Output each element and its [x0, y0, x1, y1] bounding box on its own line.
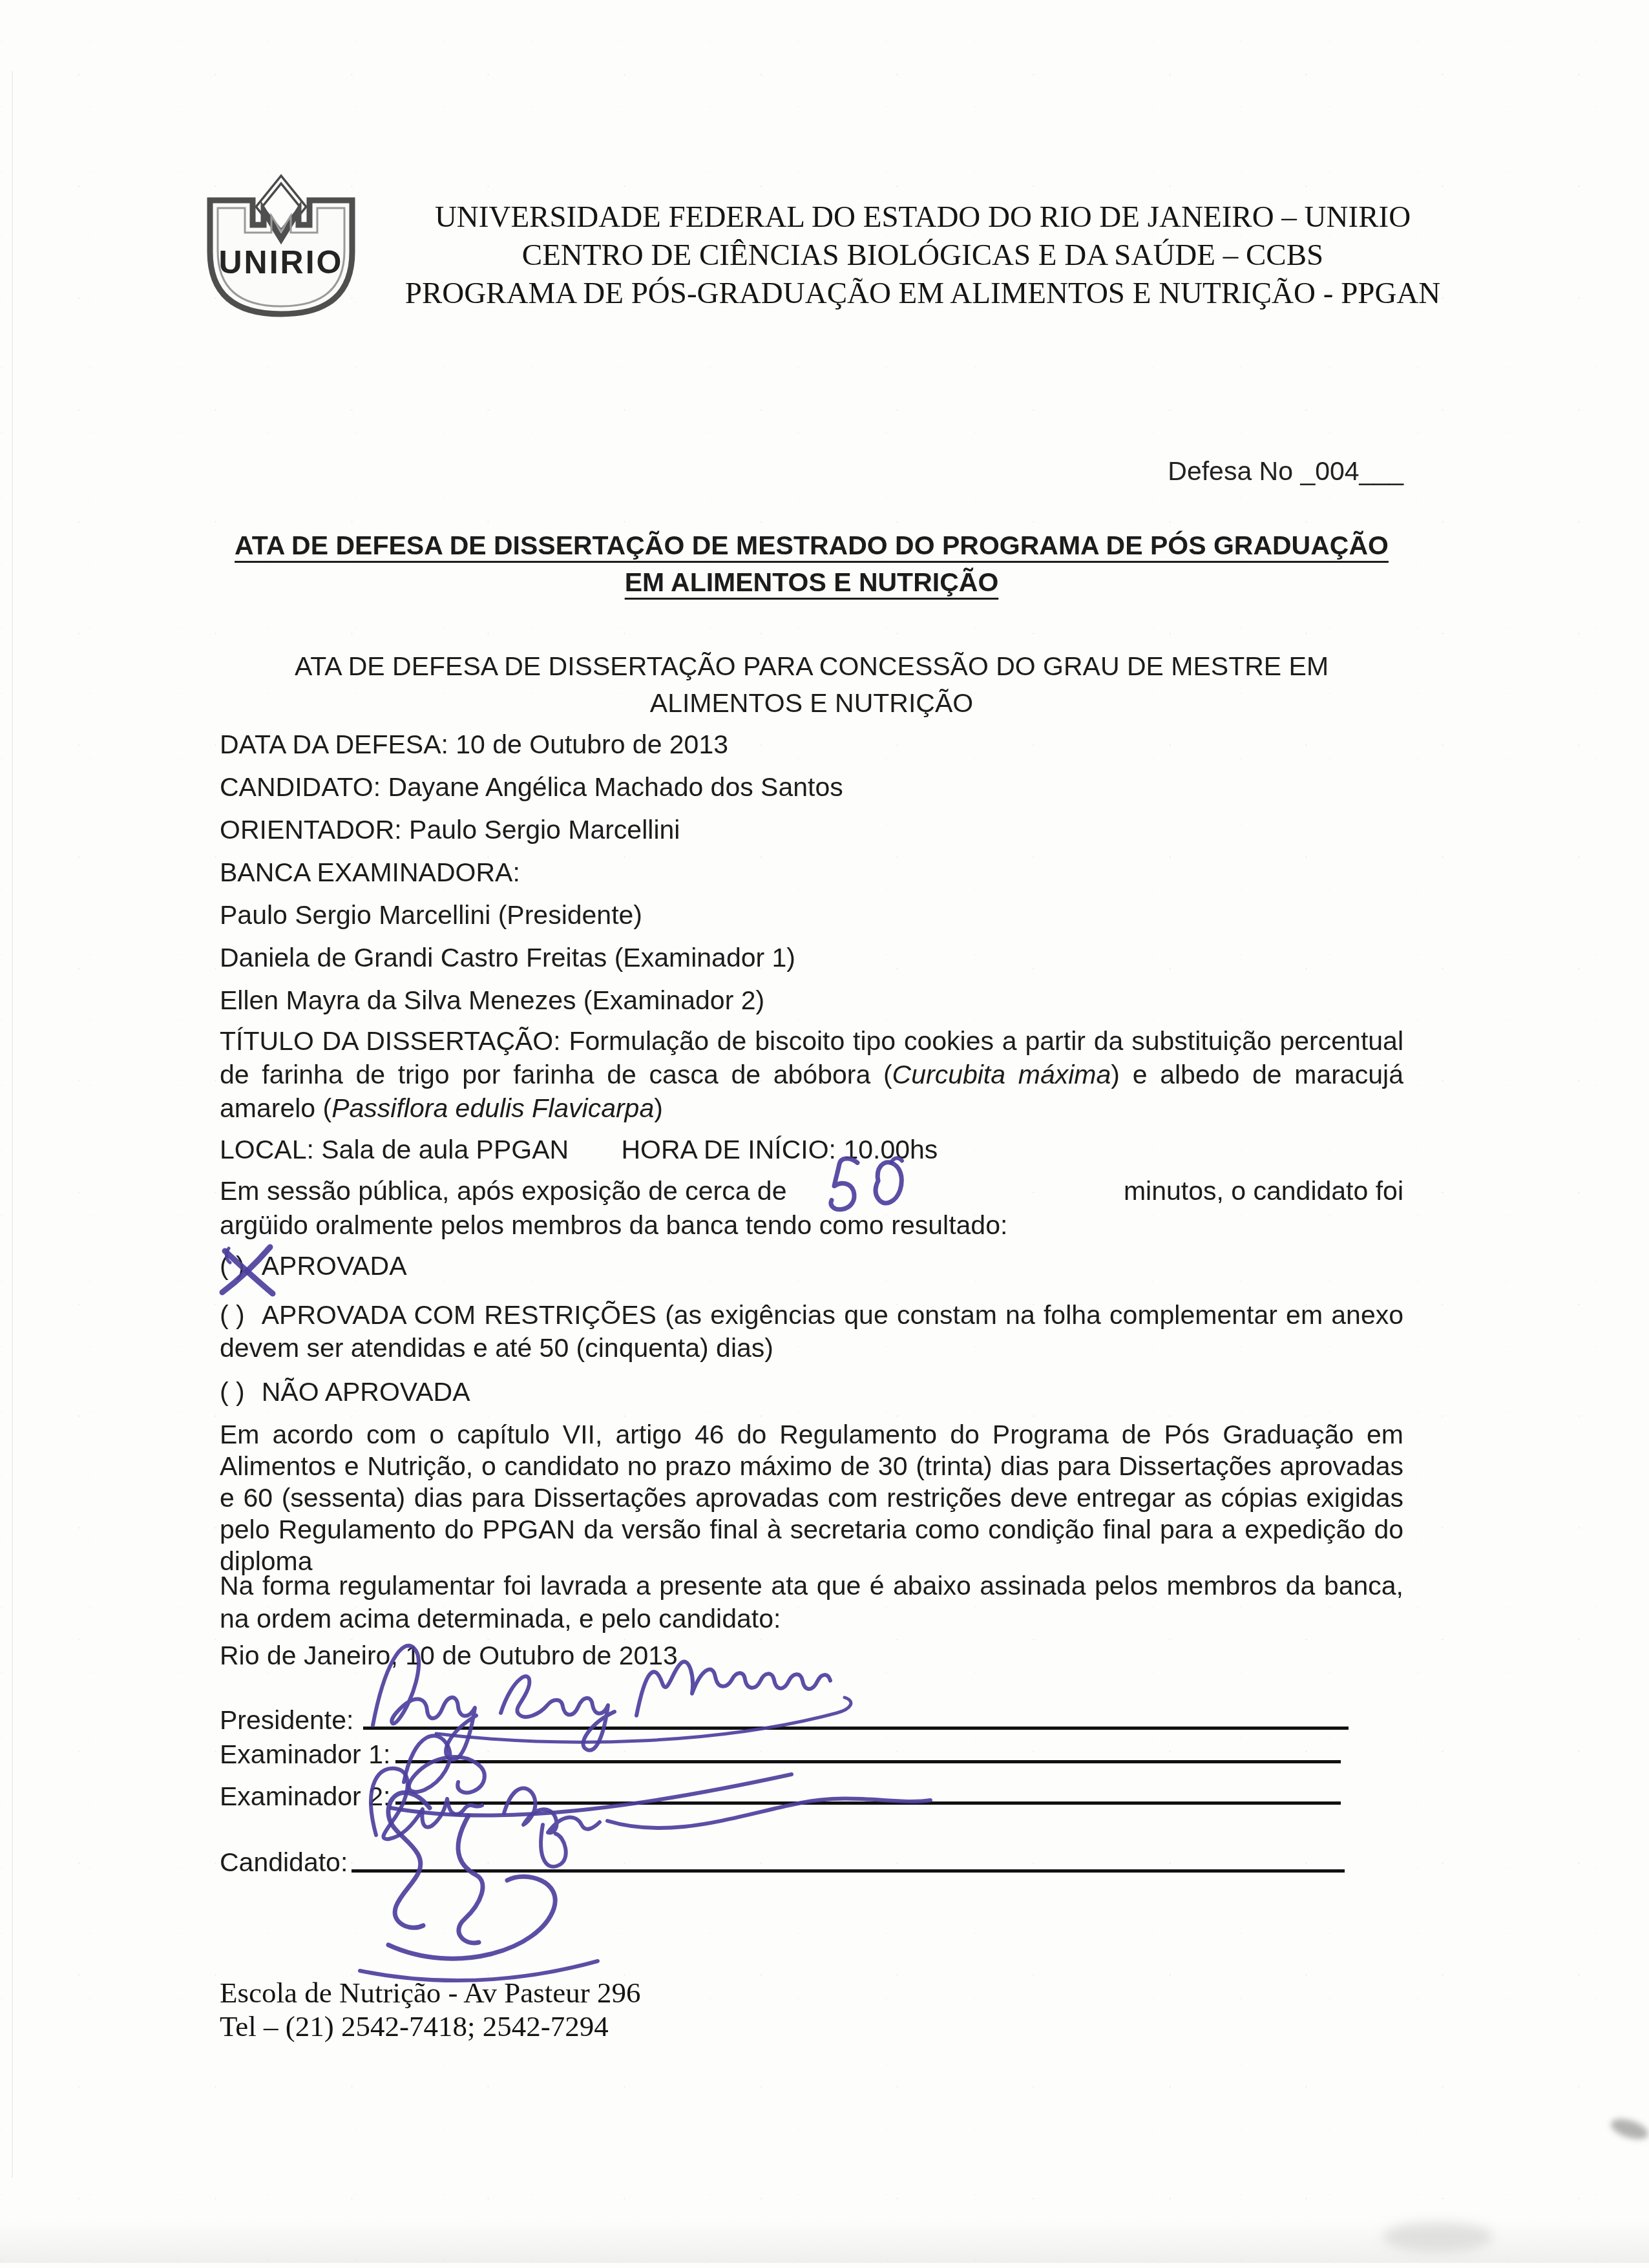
field-orientador: ORIENTADOR: Paulo Sergio Marcellini — [220, 808, 1434, 851]
dissertation-species-2: Passiflora edulis Flavicarpa — [331, 1093, 654, 1123]
session-paragraph: Em sessão pública, após exposição de cer… — [220, 1174, 1403, 1243]
handwritten-x-mark — [216, 1241, 280, 1307]
field-candidato: CANDIDATO: Dayane Angélica Machado dos S… — [220, 766, 1434, 808]
footer-address: Escola de Nutrição - Av Pasteur 296 Tel … — [220, 1976, 641, 2043]
letterhead-text: UNIVERSIDADE FEDERAL DO ESTADO DO RIO DE… — [388, 198, 1457, 313]
footer-line-2: Tel – (21) 2542-7418; 2542-7294 — [220, 2010, 641, 2043]
result-option-aprovada: ( ) APROVADA — [220, 1250, 1403, 1283]
result-checkbox-restricoes: ( ) — [220, 1299, 245, 1332]
scan-edge-line — [12, 71, 13, 2178]
defense-fields: DATA DA DEFESA: 10 de Outubro de 2013 CA… — [220, 723, 1434, 1022]
signature-label-presidente: Presidente: — [220, 1705, 353, 1736]
document-title-line-1: ATA DE DEFESA DE DISSERTAÇÃO DE MESTRADO… — [220, 527, 1403, 564]
scan-smudge — [1383, 2221, 1493, 2251]
scan-smudge — [1608, 2115, 1649, 2143]
checkbox-parentheses: ( ) — [220, 1377, 245, 1407]
banca-member-examinador-1: Daniela de Grandi Castro Freitas (Examin… — [220, 936, 1434, 979]
location-value: LOCAL: Sala de aula PPGAN — [220, 1133, 614, 1167]
checkbox-parentheses: ( ) — [220, 1300, 245, 1330]
letterhead-line-3: PROGRAMA DE PÓS-GRADUAÇÃO EM ALIMENTOS E… — [388, 275, 1457, 313]
result-checkbox-nao-aprovada: ( ) — [220, 1376, 245, 1409]
dissertation-title-paragraph: TÍTULO DA DISSERTAÇÃO: Formulação de bis… — [220, 1024, 1403, 1125]
letterhead: UNIRIO UNIVERSIDADE FEDERAL DO ESTADO DO… — [191, 173, 1457, 338]
letterhead-line-1: UNIVERSIDADE FEDERAL DO ESTADO DO RIO DE… — [388, 198, 1457, 236]
result-label-restricoes: APROVADA COM RESTRIÇÕES (as exigências q… — [220, 1300, 1403, 1363]
session-text-left: Em sessão pública, após exposição de cer… — [220, 1174, 786, 1208]
document-subtitle: ATA DE DEFESA DE DISSERTAÇÃO PARA CONCES… — [220, 648, 1403, 722]
handwritten-minutes — [824, 1152, 908, 1225]
scanned-document-page: UNIRIO UNIVERSIDADE FEDERAL DO ESTADO DO… — [0, 0, 1649, 2268]
dissertation-species-1: Curcubita máxima — [892, 1060, 1111, 1089]
dissertation-title-label: TÍTULO DA DISSERTAÇÃO: — [220, 1026, 561, 1056]
result-checkbox-aprovada: ( ) — [220, 1250, 245, 1283]
letterhead-line-2: CENTRO DE CIÊNCIAS BIOLÓGICAS E DA SAÚDE… — [388, 236, 1457, 275]
location-time-line: LOCAL: Sala de aula PPGAN HORA DE INÍCIO… — [220, 1133, 1403, 1167]
session-text-right: minutos, o candidato foi — [1124, 1174, 1403, 1208]
regulation-paragraph: Em acordo com o capítulo VII, artigo 46 … — [220, 1419, 1403, 1577]
unirio-logo: UNIRIO — [191, 173, 372, 338]
session-line-1: Em sessão pública, após exposição de cer… — [220, 1174, 1403, 1208]
session-line-2: argüido oralmente pelos membros da banca… — [220, 1208, 1403, 1243]
unirio-logo-text: UNIRIO — [219, 244, 344, 280]
banca-member-examinador-2: Ellen Mayra da Silva Menezes (Examinador… — [220, 979, 1434, 1022]
banca-member-presidente: Paulo Sergio Marcellini (Presidente) — [220, 894, 1434, 936]
signature-candidato — [326, 1777, 624, 1984]
document-subtitle-line-1: ATA DE DEFESA DE DISSERTAÇÃO PARA CONCES… — [220, 648, 1403, 685]
result-option-aprovada-com-restricoes: ( )APROVADA COM RESTRIÇÕES (as exigência… — [220, 1299, 1403, 1365]
document-subtitle-line-2: ALIMENTOS E NUTRIÇÃO — [220, 685, 1403, 722]
dissertation-title-text: ) — [654, 1093, 663, 1123]
result-option-nao-aprovada: ( )NÃO APROVADA — [220, 1376, 1403, 1409]
document-title-line-2: EM ALIMENTOS E NUTRIÇÃO — [220, 564, 1403, 601]
document-title: ATA DE DEFESA DE DISSERTAÇÃO DE MESTRADO… — [220, 527, 1403, 601]
defense-number: Defesa No _004___ — [220, 456, 1403, 487]
footer-line-1: Escola de Nutrição - Av Pasteur 296 — [220, 1976, 641, 2010]
field-banca-label: BANCA EXAMINADORA: — [220, 851, 1434, 894]
field-data-defesa: DATA DA DEFESA: 10 de Outubro de 2013 — [220, 723, 1434, 766]
result-label-nao-aprovada: NÃO APROVADA — [262, 1377, 470, 1407]
result-label-aprovada: APROVADA — [262, 1251, 407, 1281]
